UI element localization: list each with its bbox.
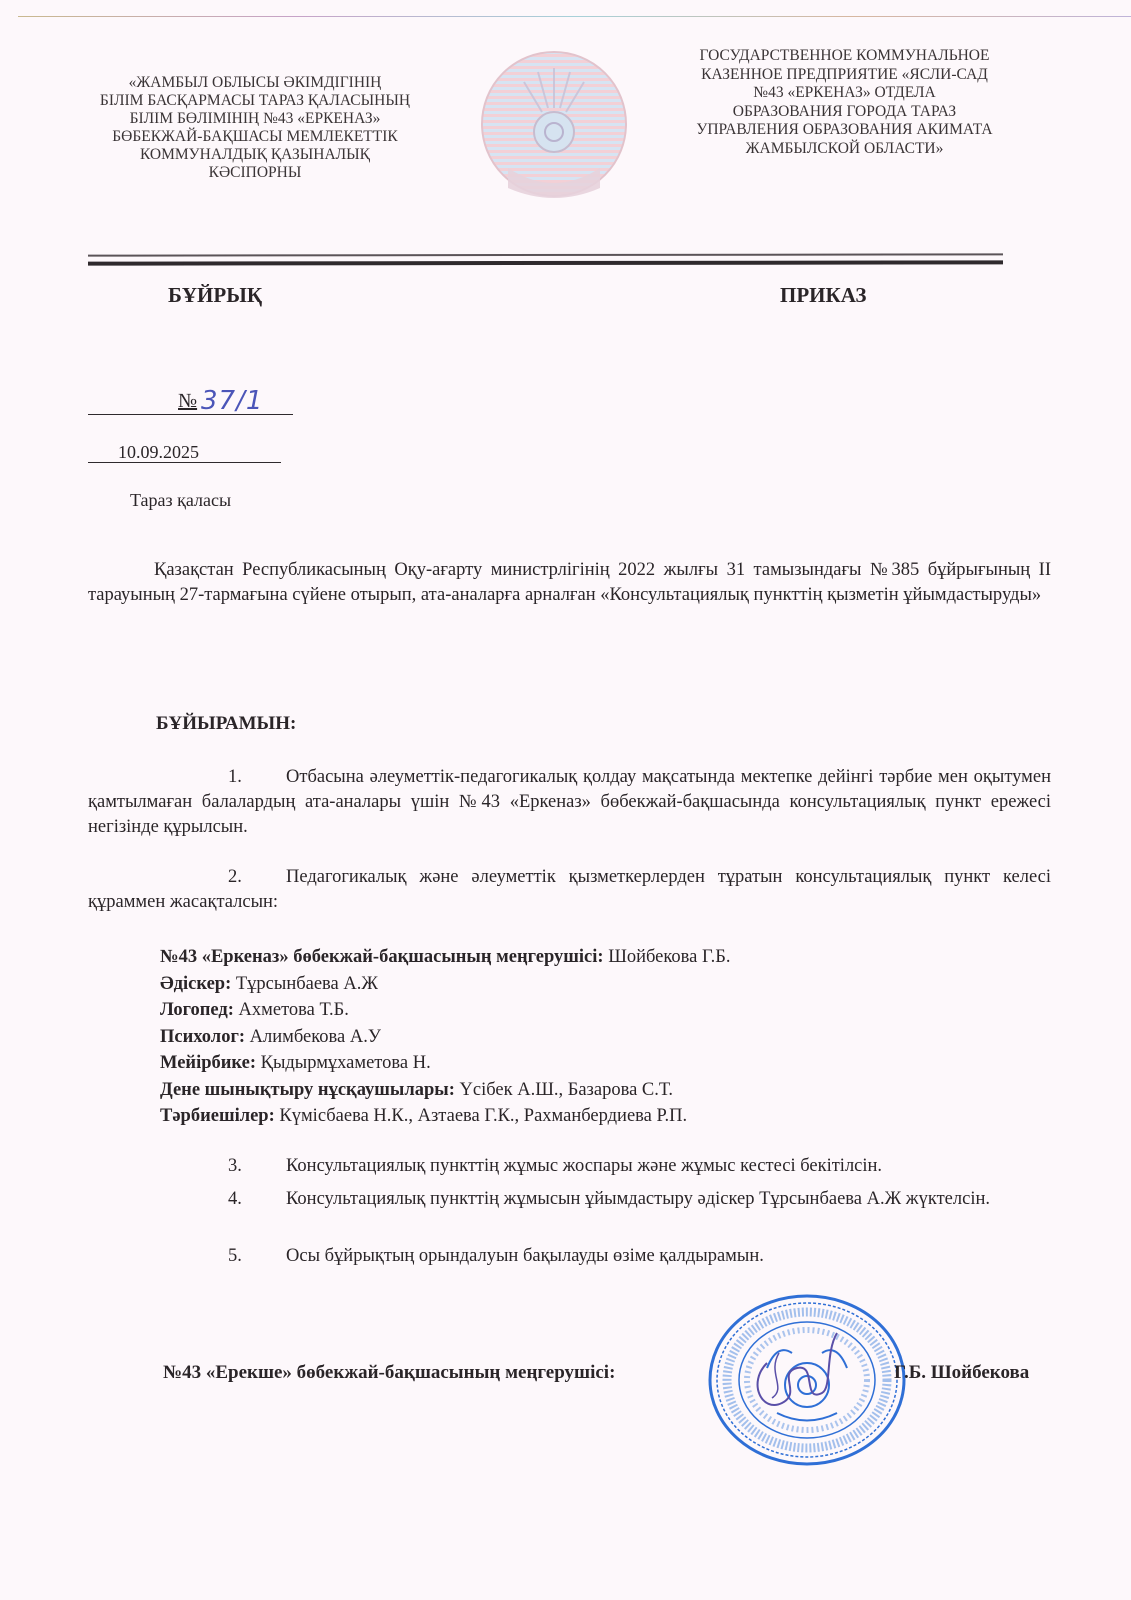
order-date: 10.09.2025 [118, 442, 199, 463]
staff-row: Әдіскер: Тұрсынбаева А.Ж [160, 971, 731, 998]
header-org-ru: ГОСУДАРСТВЕННОЕ КОММУНАЛЬНОЕ КАЗЕННОЕ ПР… [672, 47, 1017, 158]
order-number-field: № 37/1 [88, 390, 293, 415]
staff-role: Тәрбиешілер: [160, 1106, 275, 1126]
staff-row: Мейірбике: Қыдырмұхаметова Н. [160, 1050, 731, 1077]
header-org-kz-line: «ЖАМБЫЛ ОБЛЫСЫ ӘКІМДІГІНІҢ [80, 74, 430, 92]
header-org-ru-line: ГОСУДАРСТВЕННОЕ КОММУНАЛЬНОЕ [672, 47, 1017, 66]
staff-name: Үсібек А.Ш., Базарова С.Т. [460, 1080, 673, 1100]
staff-name: Күмісбаева Н.К., Азтаева Г.К., Рахманбер… [279, 1106, 687, 1126]
header-org-kz-line: БІЛІМ БӨЛІМІНІҢ №43 «ЕРКЕНАЗ» [80, 110, 430, 128]
header-org-kz-line: КӘСІПОРНЫ [80, 164, 430, 182]
kazakhstan-state-emblem-icon [478, 48, 630, 208]
document-title-ru: ПРИКАЗ [780, 283, 866, 308]
item-number: 1. [88, 765, 286, 790]
number-sign: № [178, 390, 197, 413]
staff-list: №43 «Еркеназ» бөбекжай-бақшасының меңгер… [160, 944, 731, 1130]
staff-name: Ахметова Т.Б. [239, 1000, 349, 1020]
item-text: Консультациялық пункттің жұмыс жоспары ж… [286, 1156, 882, 1176]
document-title-kz: БҰЙРЫҚ [168, 283, 262, 308]
header-divider-thin [88, 253, 1003, 256]
staff-row: Дене шынықтыру нұсқаушылары: Үсібек А.Ш.… [160, 1077, 731, 1104]
item-text: Консультациялық пункттің жұмысын ұйымдас… [286, 1189, 990, 1209]
order-item-1: 1.Отбасына әлеуметтік-педагогикалық қолд… [88, 765, 1051, 840]
order-number-handwritten: 37/1 [201, 386, 263, 416]
header-org-ru-line: УПРАВЛЕНИЯ ОБРАЗОВАНИЯ АКИМАТА [672, 121, 1017, 140]
staff-row: Тәрбиешілер: Күмісбаева Н.К., Азтаева Г.… [160, 1103, 731, 1130]
item-number: 4. [88, 1187, 286, 1212]
header-divider-thick [88, 260, 1003, 265]
order-date-field: 10.09.2025 [88, 442, 281, 463]
order-item-4: 4.Консультациялық пункттің жұмысын ұйымд… [88, 1187, 1051, 1212]
signature-name: Г.Б. Шойбекова [894, 1362, 1029, 1384]
header-org-kz-line: БІЛІМ БАСҚАРМАСЫ ТАРАЗ ҚАЛАСЫНЫҢ [80, 92, 430, 110]
staff-row: №43 «Еркеназ» бөбекжай-бақшасының меңгер… [160, 944, 731, 971]
header-org-kz-line: КОММУНАЛДЫҚ ҚАЗЫНАЛЫҚ [80, 146, 430, 164]
order-item-2: 2.Педагогикалық және әлеуметтік қызметке… [88, 865, 1051, 915]
staff-role: Дене шынықтыру нұсқаушылары: [160, 1080, 455, 1100]
header-org-ru-line: КАЗЕННОЕ ПРЕДПРИЯТИЕ «ЯСЛИ-САД [672, 66, 1017, 85]
header-org-kz: «ЖАМБЫЛ ОБЛЫСЫ ӘКІМДІГІНІҢ БІЛІМ БАСҚАРМ… [80, 74, 430, 182]
staff-name: Шойбекова Г.Б. [608, 947, 730, 967]
item-number: 5. [88, 1244, 286, 1269]
staff-role: Логопед: [160, 1000, 234, 1020]
staff-name: Қыдырмұхаметова Н. [261, 1053, 431, 1073]
header-org-ru-line: ЖАМБЫЛСКОЙ ОБЛАСТИ» [672, 140, 1017, 159]
staff-row: Логопед: Ахметова Т.Б. [160, 997, 731, 1024]
staff-name: Алимбекова А.У [250, 1027, 381, 1047]
item-number: 2. [88, 865, 286, 890]
item-text: Осы бұйрықтың орындалуын бақылауды өзіме… [286, 1246, 764, 1266]
signature-label: №43 «Ерекше» бөбекжай-бақшасының меңгеру… [163, 1362, 615, 1384]
header-org-ru-line: ОБРАЗОВАНИЯ ГОРОДА ТАРАЗ [672, 103, 1017, 122]
order-item-3: 3.Консультациялық пункттің жұмыс жоспары… [88, 1154, 1051, 1179]
staff-role: Әдіскер: [160, 974, 231, 994]
item-number: 3. [88, 1154, 286, 1179]
order-heading: БҰЙЫРАМЫН: [156, 713, 296, 735]
header-org-kz-line: БӨБЕКЖАЙ-БАҚШАСЫ МЕМЛЕКЕТТІК [80, 128, 430, 146]
order-item-5: 5.Осы бұйрықтың орындалуын бақылауды өзі… [88, 1244, 1051, 1269]
staff-role: Мейірбике: [160, 1053, 256, 1073]
staff-role: №43 «Еркеназ» бөбекжай-бақшасының меңгер… [160, 947, 604, 967]
header-org-ru-line: №43 «ЕРКЕНАЗ» ОТДЕЛА [672, 84, 1017, 103]
staff-name: Тұрсынбаева А.Ж [236, 974, 378, 994]
scan-edge-line [18, 16, 1131, 17]
city-label: Тараз қаласы [130, 490, 231, 511]
official-round-stamp-icon [707, 1293, 907, 1467]
preamble-paragraph: Қазақстан Республикасының Оқу-ағарту мин… [88, 558, 1051, 608]
staff-role: Психолог: [160, 1027, 245, 1047]
staff-row: Психолог: Алимбекова А.У [160, 1024, 731, 1051]
